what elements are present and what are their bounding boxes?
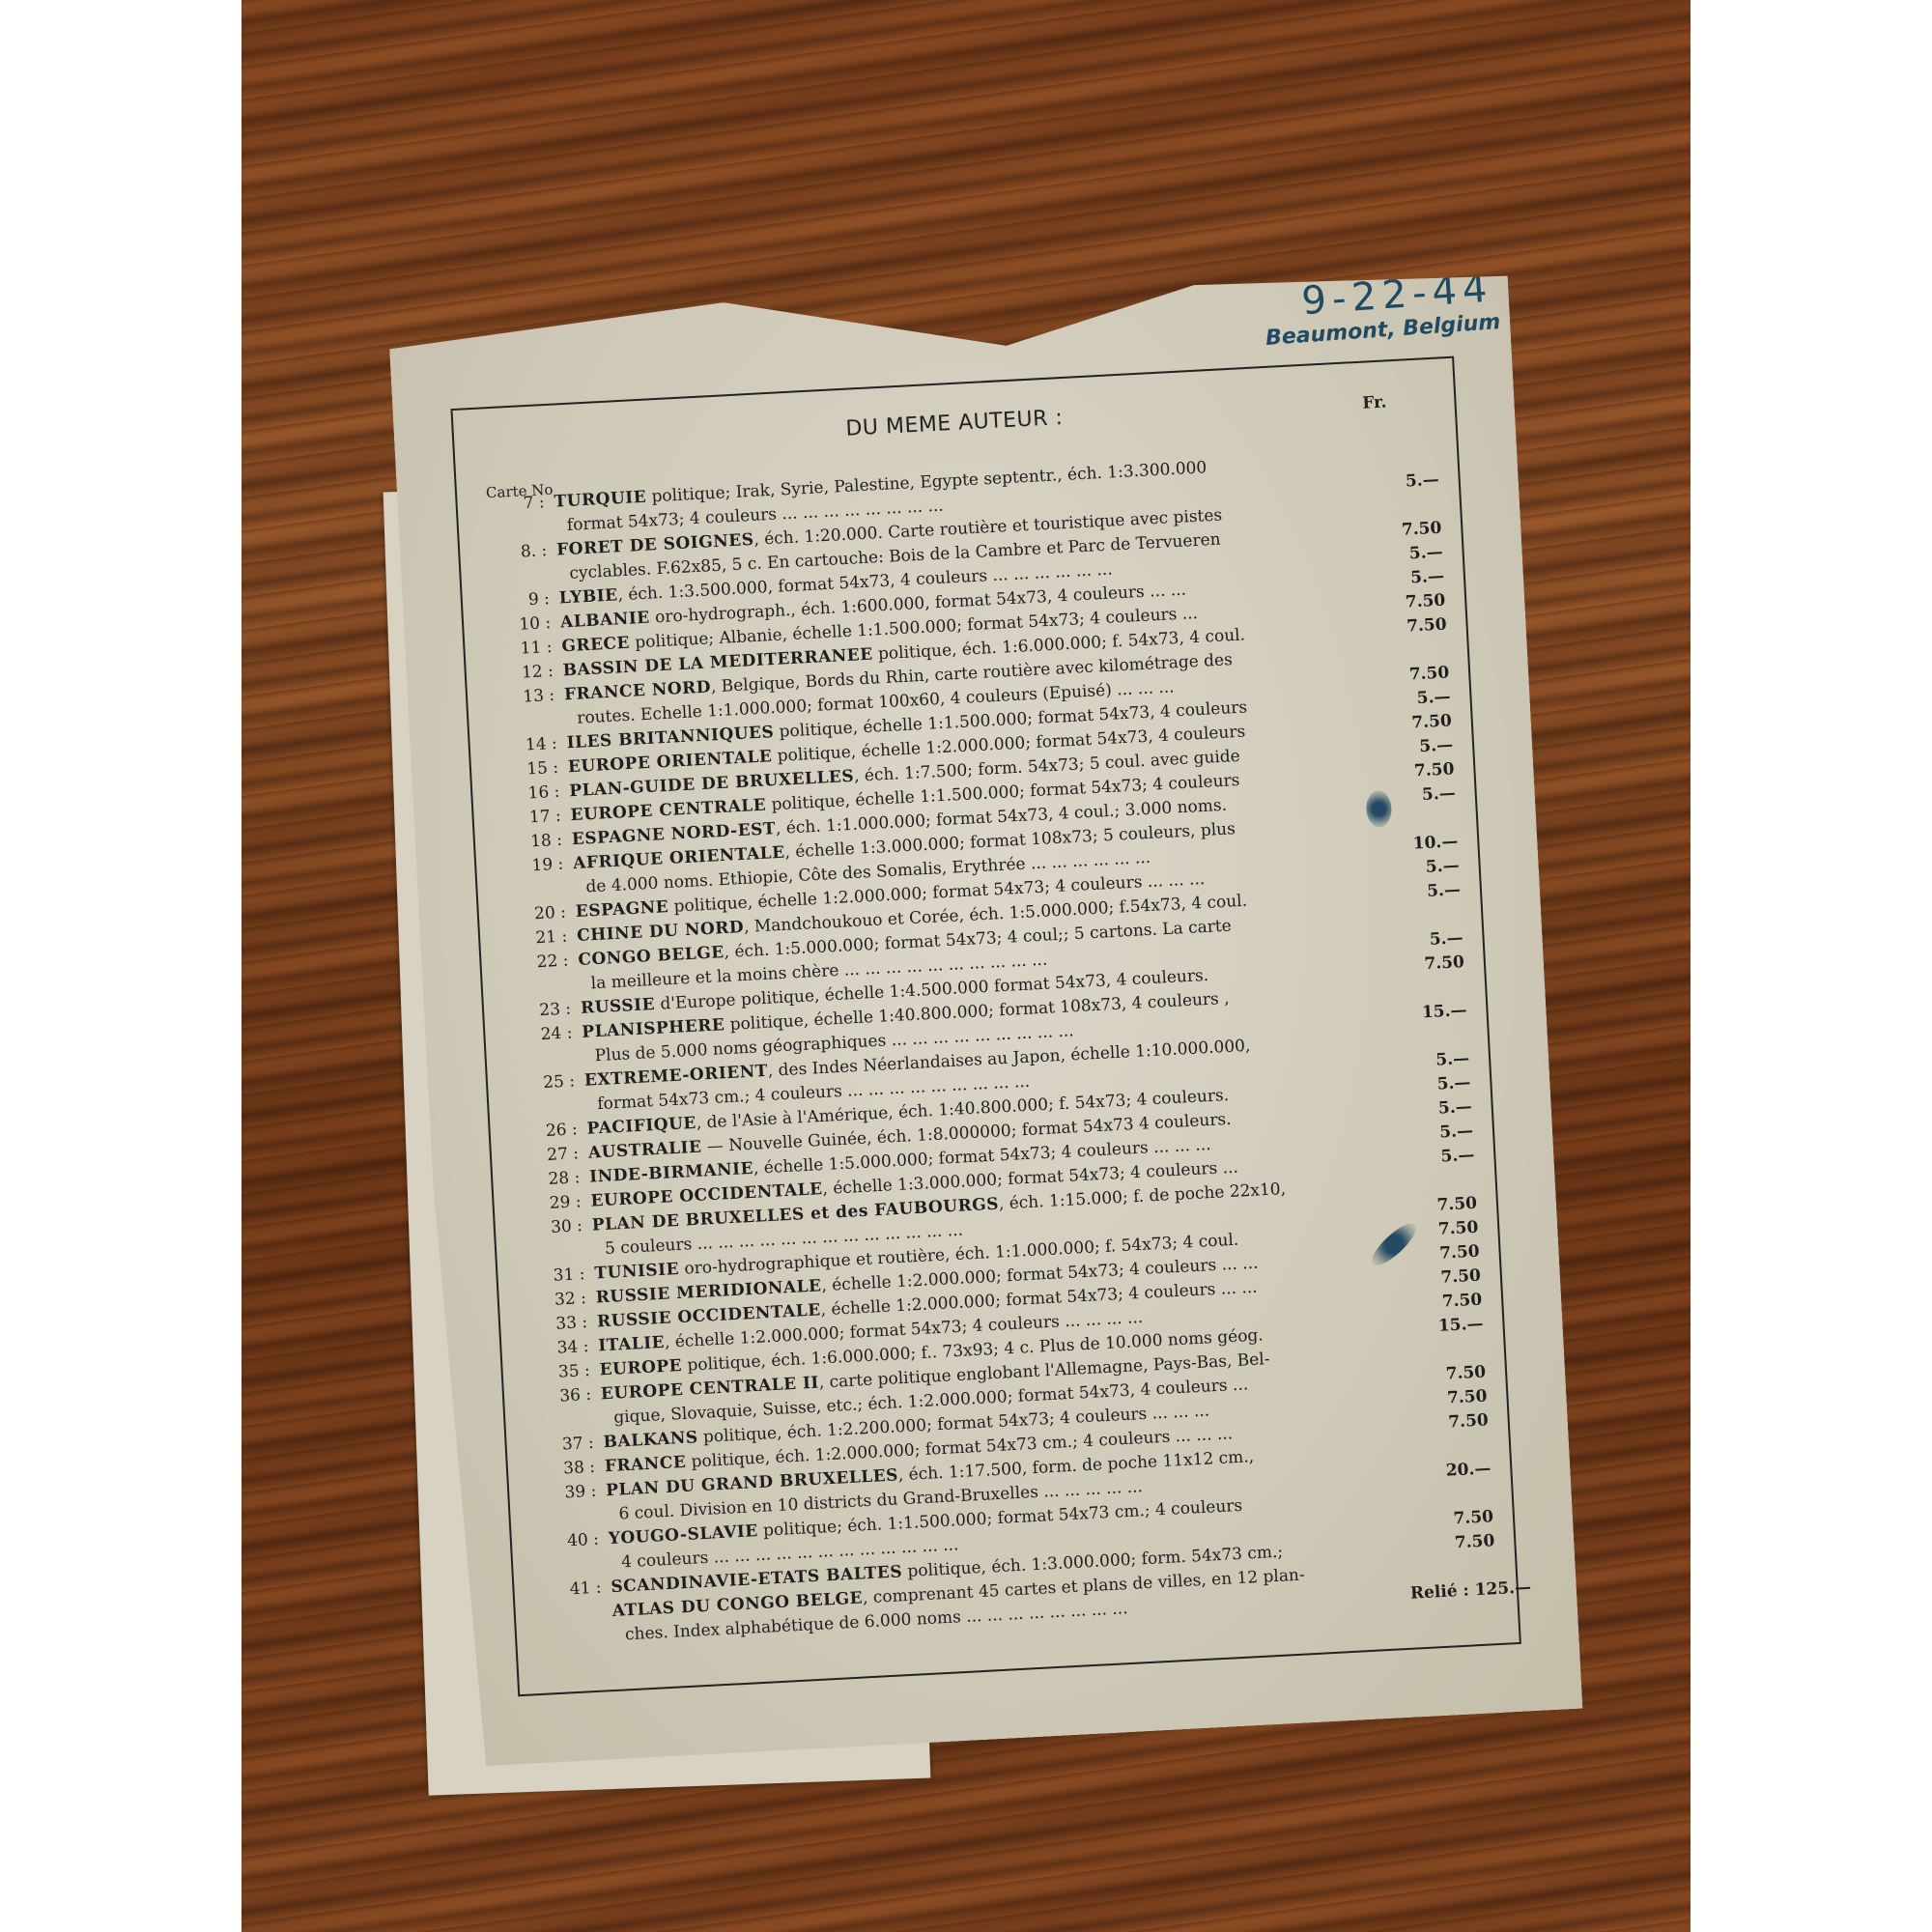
map-catalogue-list: 7 :TURQUIE politique; Irak, Syrie, Pales… [476, 444, 1497, 1652]
map-title: ESPAGNE [575, 897, 668, 922]
map-title: AUSTRALIE [587, 1138, 702, 1163]
map-title: ITALIE [598, 1333, 666, 1356]
map-title: PACIFIQUE [586, 1114, 696, 1139]
map-title: TURQUIE [554, 488, 647, 512]
map-title: ALBANIE [560, 609, 651, 633]
map-price: Relié : 125.— [1409, 1577, 1497, 1606]
map-title: EUROPE [599, 1356, 682, 1379]
catalogue-page: 9-22-44 Beaumont, Belgium DU MEME AUTEUR… [388, 262, 1583, 1768]
map-title: LYBIE [558, 585, 618, 608]
currency-column-header: Fr. [1362, 392, 1387, 412]
map-title: BALKANS [603, 1428, 698, 1452]
map-title: GRECE [561, 634, 631, 657]
bordered-frame: DU MEME AUTEUR : Fr. Carte No 7 :TURQUIE… [450, 356, 1520, 1697]
map-title: RUSSIE [581, 995, 656, 1018]
map-title: TUNISIE [594, 1260, 680, 1284]
map-title: FRANCE [604, 1453, 686, 1476]
